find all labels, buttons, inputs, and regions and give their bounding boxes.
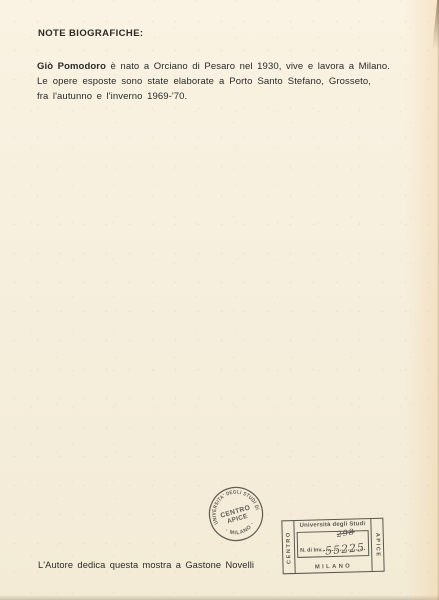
inventory-number-handwritten: 55225 bbox=[325, 540, 366, 557]
inventory-number-label: N. di Inv. bbox=[300, 547, 323, 554]
inventory-number-old-handwritten: 298 bbox=[336, 527, 355, 539]
biography-line-2: Le opere esposte sono state elaborate a … bbox=[37, 74, 371, 89]
biography-line-1: Giò Pomodoro è nato a Orciano di Pesaro … bbox=[37, 59, 371, 74]
artist-name: Giò Pomodoro bbox=[37, 61, 106, 72]
inventory-stamp: CENTRO APICE Università degli Studi N. d… bbox=[281, 518, 384, 575]
scanned-catalog-page: NOTE BIOGRAFICHE: Giò Pomodoro è nato a … bbox=[0, 0, 439, 600]
university-round-stamp: UNIVERSITA' DEGLI STUDI DI · MILANO · CE… bbox=[201, 479, 270, 548]
page-title: NOTE BIOGRAFICHE: bbox=[38, 28, 144, 39]
inventory-stamp-top-label: Università degli Studi bbox=[294, 521, 370, 529]
dedication-text: L'Autore dedica questa mostra a Gastone … bbox=[38, 560, 254, 570]
inventory-stamp-bottom-label: MILANO bbox=[295, 563, 371, 571]
inventory-stamp-right-label: APICE bbox=[374, 532, 381, 557]
inventory-stamp-right-strip: APICE bbox=[370, 519, 383, 571]
round-stamp-graphic: UNIVERSITA' DEGLI STUDI DI · MILANO · CE… bbox=[201, 479, 270, 548]
scan-bottom-edge bbox=[0, 595, 439, 600]
biography-line-3: fra l'autunno e l'inverno 1969-'70. bbox=[37, 89, 371, 104]
biography-paragraph: Giò Pomodoro è nato a Orciano di Pesaro … bbox=[37, 59, 371, 105]
biography-line-1-text: è nato a Orciano di Pesaro nel 1930, viv… bbox=[106, 61, 390, 72]
inventory-stamp-left-strip: CENTRO bbox=[282, 521, 295, 573]
inventory-number-box: N. di Inv. 298 55225 bbox=[297, 530, 370, 558]
inventory-stamp-left-label: CENTRO bbox=[285, 531, 292, 564]
